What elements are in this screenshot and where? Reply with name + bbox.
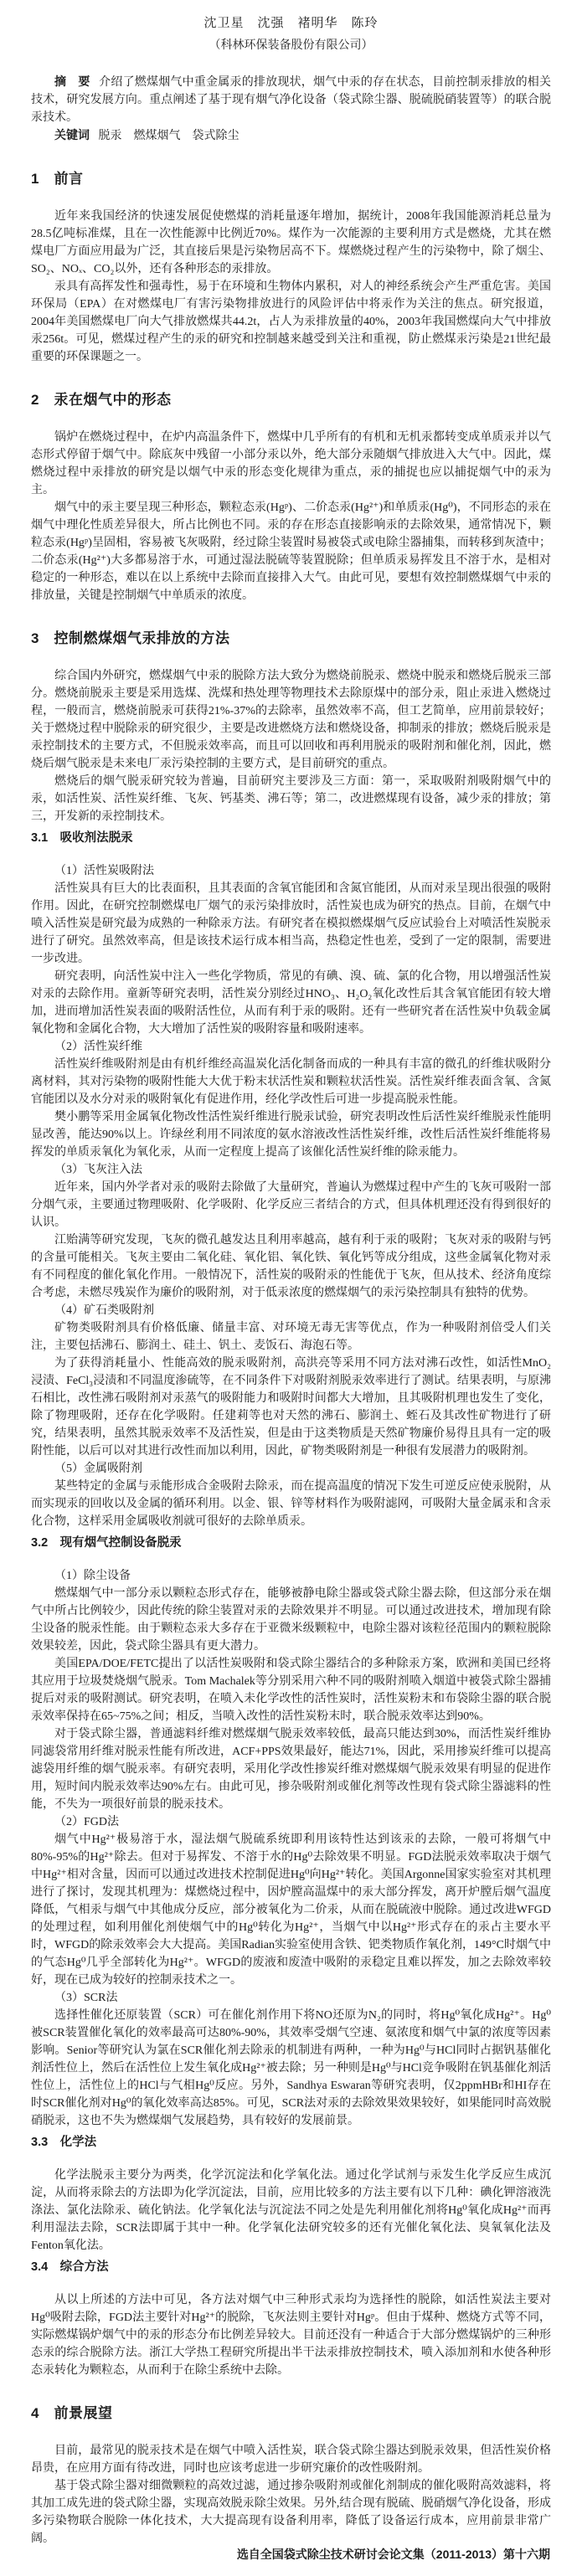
subsection-heading: 3.1 吸收剂法脱汞 bbox=[31, 828, 551, 846]
paragraph: 烟气中Hg²⁺极易溶于水，湿法烟气脱硫系统即利用该特性达到该汞的去除，一般可将烟… bbox=[31, 1831, 551, 1989]
footer-source-note: 选自全国袋式除尘技术研讨会论文集（2011-2013）第十六期 bbox=[237, 2546, 550, 2563]
subsection-heading: 3.2 现有烟气控制设备脱汞 bbox=[31, 1533, 551, 1550]
paragraph: 化学法脱汞主要分为两类，化学沉淀法和化学氧化法。通过化学试剂与汞发生化学反应生成… bbox=[31, 2167, 551, 2255]
item-heading: （2）活性炭纤维 bbox=[31, 1038, 551, 1056]
item-heading: （1）活性炭吸附法 bbox=[31, 862, 551, 880]
paragraph: 基于袋式除尘器对细微颗粒的高效过滤，通过掺杂吸附剂或催化剂制成的催化吸附高效滤料… bbox=[31, 2477, 551, 2548]
keywords-line: 关键词脱汞 燃煤烟气 袋式除尘 bbox=[31, 126, 551, 145]
paragraph: 江贻满等研究发现，飞灰的微孔越发达且利用率越高，越有利于汞的吸附；飞灰对汞的吸附… bbox=[31, 1231, 551, 1302]
paragraph: 近年来，国内外学者对汞的吸附去除做了大量研究，普遍认为燃煤过程中产生的飞灰可吸附… bbox=[31, 1179, 551, 1231]
paragraph: 活性炭纤维吸附剂是由有机纤维经高温炭化活化制备而成的一种具有丰富的微孔的纤维状吸… bbox=[31, 1056, 551, 1108]
paragraph: 为了获得消耗量小、性能高效的脱汞吸附剂，高洪亮等采用不同方法对沸石改性，如活性M… bbox=[31, 1355, 551, 1460]
paragraph: 美国EPA/DOE/FETC提出了以活性炭吸附和袋式除尘器结合的多种除汞方案，欧… bbox=[31, 1655, 551, 1725]
paragraph: 汞具有高挥发性和强毒性，易于在环境和生物体内累积，对人的神经系统会产生严重危害。… bbox=[31, 278, 551, 366]
section-heading: 4 前景展望 bbox=[31, 2401, 551, 2422]
paragraph: 近年来我国经济的快速发展促使燃煤的消耗量逐年增加，据统计，2008年我国能源消耗… bbox=[31, 208, 551, 278]
keywords-label: 关键词 bbox=[54, 128, 90, 141]
section-heading: 1 前言 bbox=[31, 167, 551, 188]
authors-line: 沈卫星 沈强 褚明华 陈玲 bbox=[31, 13, 551, 31]
item-heading: （2）FGD法 bbox=[31, 1813, 551, 1831]
keywords-text: 脱汞 燃煤烟气 袋式除尘 bbox=[99, 130, 239, 142]
item-heading: （4）矿石类吸附剂 bbox=[31, 1302, 551, 1319]
section-heading: 3 控制燃煤烟气汞排放的方法 bbox=[31, 626, 551, 647]
subsection-heading: 3.4 综合方法 bbox=[31, 2257, 551, 2275]
paragraph: 樊小鹏等采用金属氧化物改性活性炭纤维进行脱汞试验，研究表明改性后活性炭纤维脱汞性… bbox=[31, 1108, 551, 1161]
paragraph: 目前，最常见的脱汞技术是在烟气中喷入活性炭，联合袋式除尘器达到脱汞效果，但活性炭… bbox=[31, 2442, 551, 2477]
item-heading: （3）SCR法 bbox=[31, 1989, 551, 2007]
paper-page: 沈卫星 沈强 褚明华 陈玲 （科林环保装备股份有限公司） 摘 要介绍了燃煤烟气中… bbox=[0, 0, 582, 2576]
article-body: 1 前言近年来我国经济的快速发展促使燃煤的消耗量逐年增加，据统计，2008年我国… bbox=[31, 167, 551, 2548]
abstract-label: 摘 要 bbox=[54, 75, 90, 88]
paragraph: 某些特定的金属与汞能形成合金吸附去除汞，而在提高温度的情况下发生可逆反应使汞脱附… bbox=[31, 1478, 551, 1530]
paragraph: 对于袋式除尘器，普通滤料纤维对燃煤烟气脱汞效率较低，最高只能达到30%，而活性炭… bbox=[31, 1725, 551, 1813]
paragraph: 燃煤烟气中一部分汞以颗粒态形式存在，能够被静电除尘器或袋式除尘器去除，但这部分汞… bbox=[31, 1585, 551, 1655]
abstract-paragraph: 摘 要介绍了燃煤烟气中重金属汞的排放现状，烟气中汞的存在状态，目前控制汞排放的相… bbox=[31, 73, 551, 126]
paragraph: 选择性催化还原装置（SCR）可在催化剂作用下将NO还原为N₂的同时，将Hg⁰氧化… bbox=[31, 2007, 551, 2130]
paragraph: 燃烧后的烟气脱汞研究较为普遍，目前研究主要涉及三方面：第一，采取吸附剂吸附烟气中… bbox=[31, 773, 551, 825]
paragraph: 从以上所述的方法中可见，各方法对烟气中三种形式汞均为选择性的脱除，如活性炭法主要… bbox=[31, 2291, 551, 2379]
section-heading: 2 汞在烟气中的形态 bbox=[31, 388, 551, 409]
affiliation-line: （科林环保装备股份有限公司） bbox=[31, 36, 551, 53]
item-heading: （1）除尘设备 bbox=[31, 1567, 551, 1585]
item-heading: （3）飞灰注入法 bbox=[31, 1161, 551, 1179]
abstract-text: 介绍了燃煤烟气中重金属汞的排放现状，烟气中汞的存在状态，目前控制汞排放的相关技术… bbox=[31, 76, 551, 124]
paragraph: 综合国内外研究，燃煤烟气中汞的脱除方法大致分为燃烧前脱汞、燃烧中脱汞和燃烧后脱汞… bbox=[31, 667, 551, 773]
paragraph: 锅炉在燃烧过程中，在炉内高温条件下，燃煤中几乎所有的有机和无机汞都转变成单质汞并… bbox=[31, 429, 551, 499]
paragraph: 活性炭具有巨大的比表面积，且其表面的含氧官能团和含氮官能团，从而对汞呈现出很强的… bbox=[31, 880, 551, 968]
subsection-heading: 3.3 化学法 bbox=[31, 2132, 551, 2150]
item-heading: （5）金属吸附剂 bbox=[31, 1460, 551, 1478]
paragraph: 矿物类吸附剂具有价格低廉、储量丰富、对环境无毒无害等优点，作为一种吸附剂倍受人们… bbox=[31, 1319, 551, 1355]
paragraph: 烟气中的汞主要呈现三种形态，颗粒态汞(Hgᵖ)、二价态汞(Hg²⁺)和单质汞(H… bbox=[31, 499, 551, 604]
paragraph: 研究表明，向活性炭中注入一些化学物质，常见的有碘、溴、硫、氯的化合物，用以增强活… bbox=[31, 968, 551, 1038]
